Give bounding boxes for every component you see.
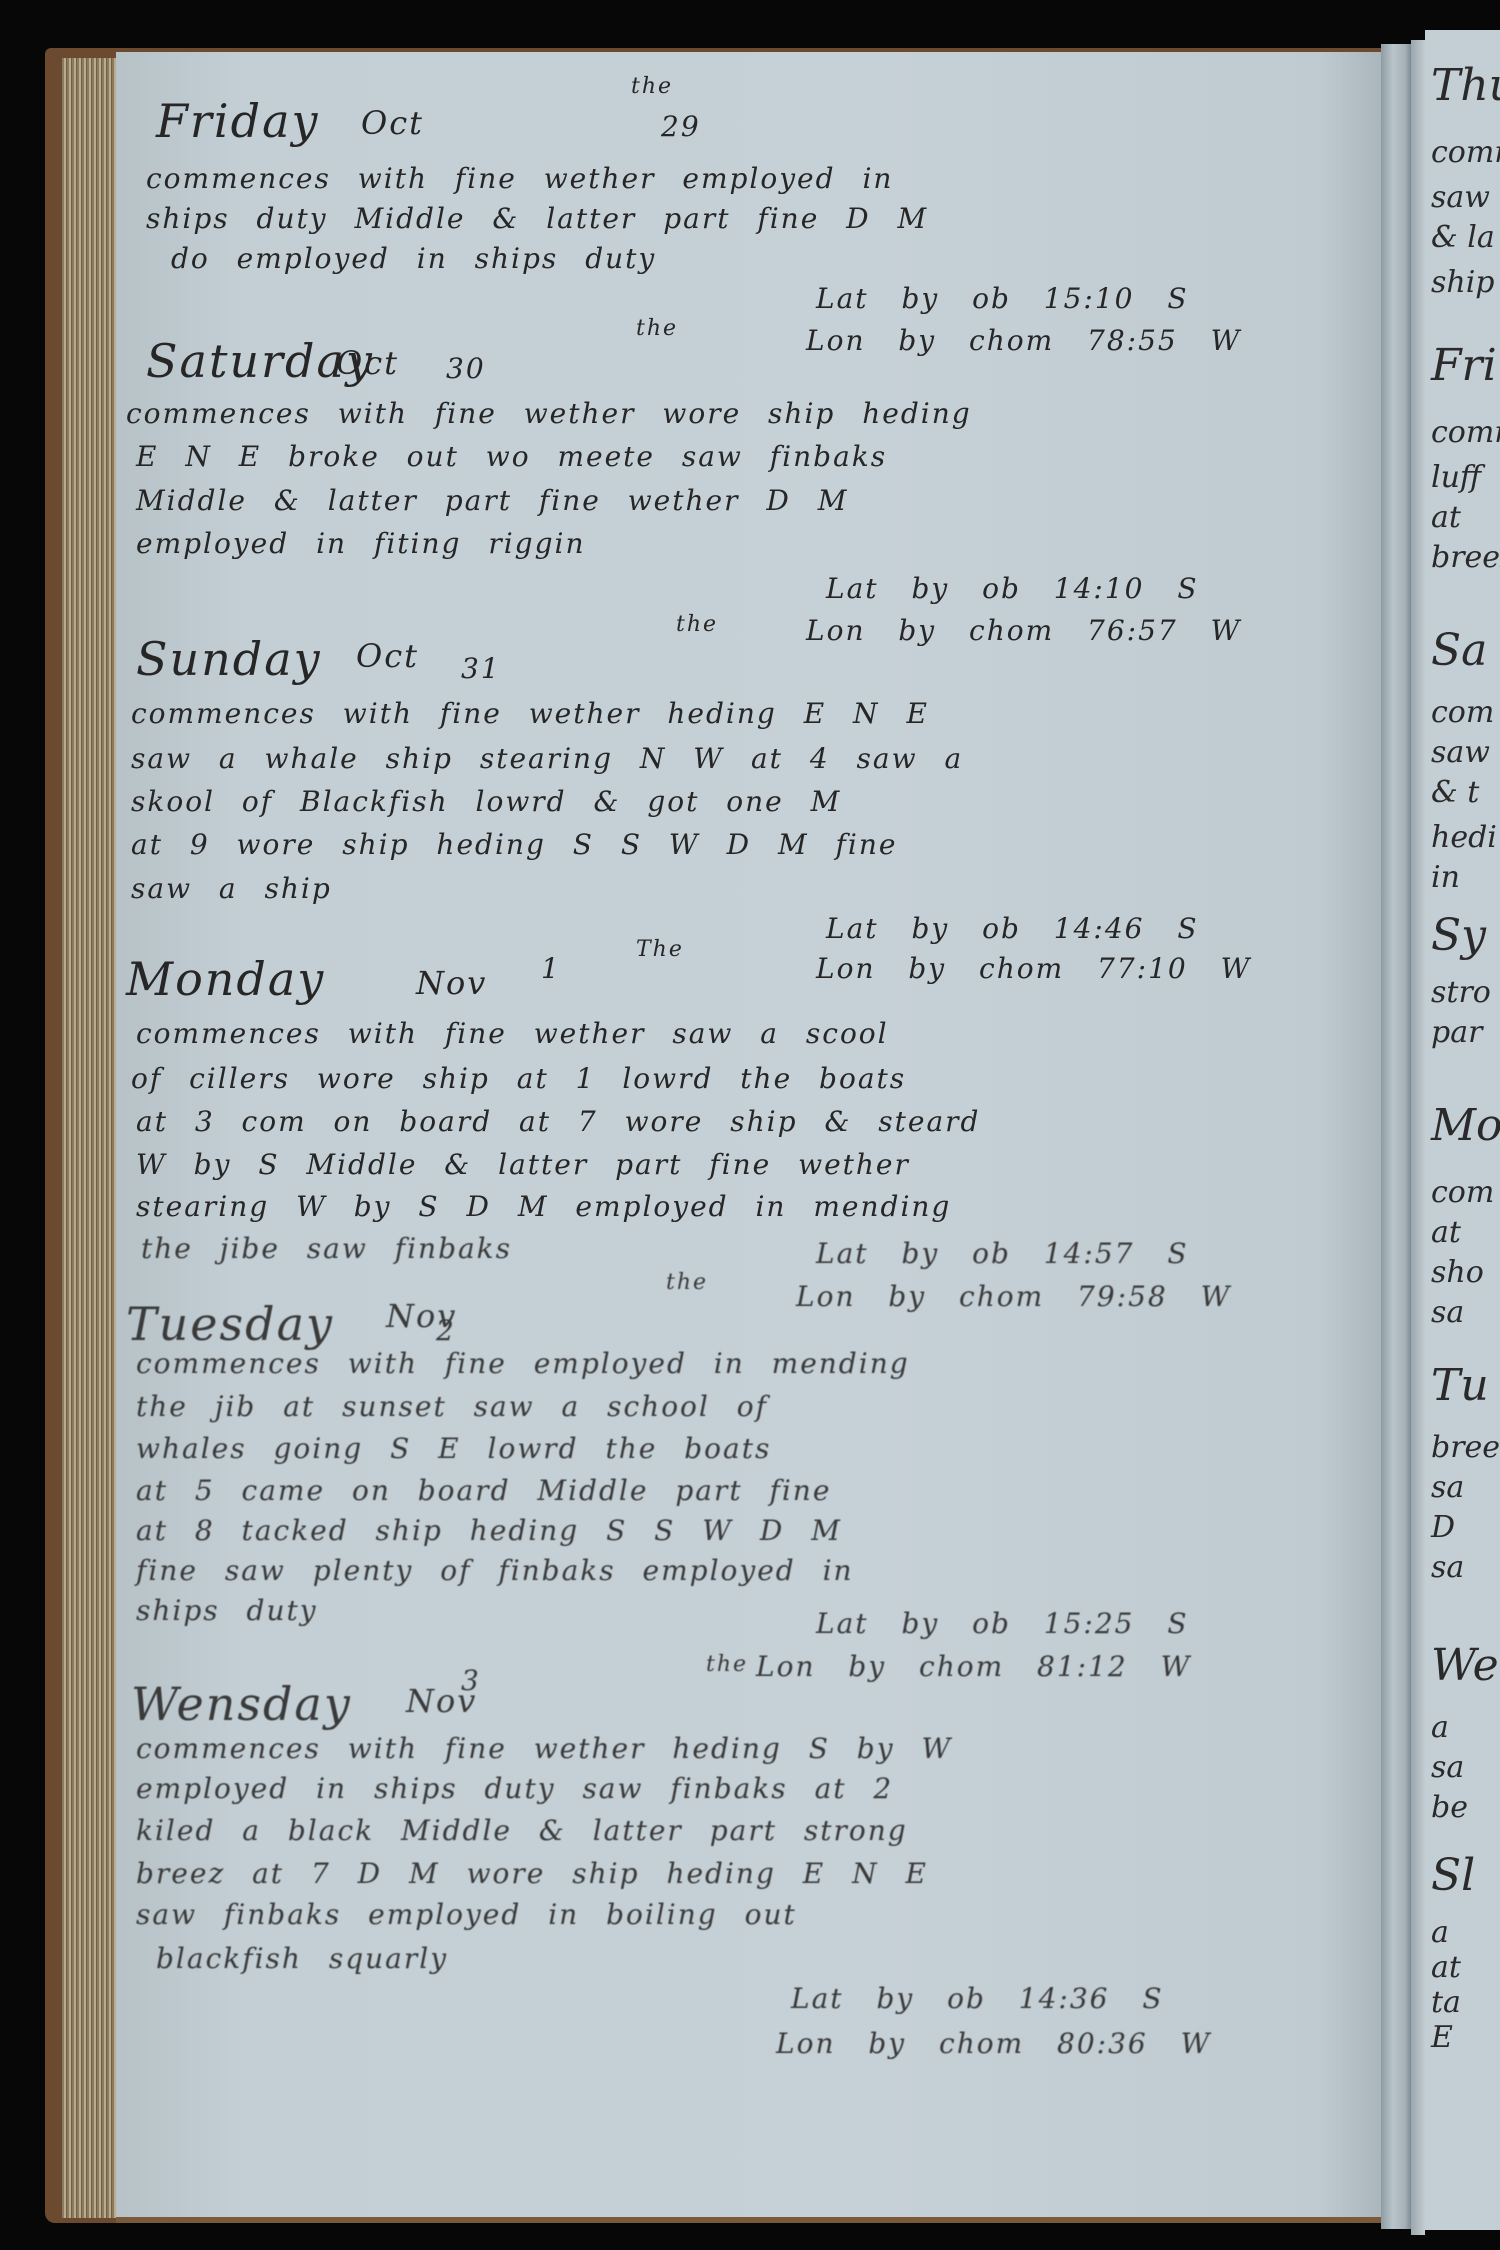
entry-line: the jib at sunset saw a school of <box>136 1390 768 1423</box>
fragment-line: & la <box>1431 220 1495 255</box>
entry-line: of cillers wore ship at 1 lowrd the boat… <box>131 1062 906 1095</box>
entry-date: 30 <box>446 352 486 385</box>
fragment-line: saw <box>1431 735 1490 770</box>
entry-the: the <box>666 1270 708 1295</box>
fragment-line: sa <box>1431 1295 1464 1330</box>
entry-line: kiled a black Middle & latter part stron… <box>136 1814 908 1847</box>
entry-longitude: Lon by chom 81:12 W <box>756 1650 1191 1683</box>
fragment-line: saw <box>1431 180 1490 215</box>
fragment-line: a <box>1431 1915 1449 1950</box>
fragment-line: E <box>1431 2020 1453 2055</box>
entry-date: 3 <box>461 1664 481 1697</box>
entry-day: Tuesday <box>126 1297 334 1351</box>
entry-the: the <box>636 316 678 341</box>
entry-line: do employed in ships duty <box>171 242 656 275</box>
entry-month: Oct <box>336 344 399 382</box>
fragment-line: at <box>1431 500 1461 535</box>
entry-longitude: Lon by chom 80:36 W <box>776 2027 1211 2060</box>
entry-month: Nov <box>416 964 487 1002</box>
fragment-line: stro <box>1431 975 1491 1010</box>
fragment-line: comm <box>1431 415 1500 450</box>
entry-line: skool of Blackfish lowrd & got one M <box>131 785 841 818</box>
fragment-day: Tu <box>1431 1360 1489 1411</box>
entry-day: Monday <box>126 952 325 1006</box>
entry-the: the <box>676 612 718 637</box>
fragment-line: be <box>1431 1790 1468 1825</box>
entry-longitude: Lon by chom 76:57 W <box>806 614 1241 647</box>
entry-day: Wensday <box>131 1677 352 1731</box>
entry-line: commences with fine wether wore ship hed… <box>126 397 972 430</box>
fragment-day: Fri <box>1431 340 1497 391</box>
entry-day: Sunday <box>136 632 322 686</box>
entry-line: W by S Middle & latter part fine wether <box>136 1148 910 1181</box>
entry-line: saw a whale ship stearing N W at 4 saw a <box>131 742 963 775</box>
entry-line: ships duty Middle & latter part fine D M <box>146 202 928 235</box>
entry-line: saw finbaks employed in boiling out <box>136 1898 797 1931</box>
entry-line: saw a ship <box>131 872 332 905</box>
fragment-day: Sy <box>1431 910 1486 961</box>
entry-line: commences with fine wether saw a scool <box>136 1017 889 1050</box>
fragment-day: Mo <box>1431 1100 1500 1151</box>
fragment-day: Sa <box>1431 625 1487 676</box>
page-edges <box>62 58 118 2218</box>
entry-line: blackfish squarly <box>156 1942 448 1975</box>
entry-latitude: Lat by ob 14:10 S <box>826 572 1199 605</box>
entry-line: commences with fine employed in mending <box>136 1347 910 1380</box>
entry-month: Oct <box>356 637 419 675</box>
entry-latitude: Lat by ob 14:46 S <box>826 912 1199 945</box>
log-page: Friday Oct the 29 commences with fine we… <box>116 52 1381 2223</box>
entry-line: whales going S E lowrd the boats <box>136 1432 771 1465</box>
entry-line: Middle & latter part fine wether D M <box>136 484 848 517</box>
entry-latitude: Lat by ob 14:36 S <box>791 1982 1164 2015</box>
entry-line: ships duty <box>136 1594 318 1627</box>
entry-the: The <box>636 937 684 962</box>
book-gutter <box>1381 44 1411 2229</box>
entry-latitude: Lat by ob 15:25 S <box>816 1607 1189 1640</box>
fragment-line: sa <box>1431 1550 1464 1585</box>
entry-month: Oct <box>361 104 424 142</box>
entry-line: employed in fiting riggin <box>136 527 586 560</box>
entry-longitude: Lon by chom 78:55 W <box>806 324 1241 357</box>
fragment-line: bree <box>1431 1430 1500 1465</box>
fragment-line: at <box>1431 1950 1461 1985</box>
fragment-line: comm <box>1431 135 1500 170</box>
entry-line: commences with fine wether heding S by W <box>136 1732 952 1765</box>
fragment-line: luff <box>1431 460 1481 495</box>
fragment-line: sa <box>1431 1750 1464 1785</box>
entry-day: Friday <box>156 94 319 148</box>
entry-line: employed in ships duty saw finbaks at 2 <box>136 1772 893 1805</box>
fragment-line: sa <box>1431 1470 1464 1505</box>
entry-latitude: Lat by ob 15:10 S <box>816 282 1189 315</box>
entry-line: at 3 com on board at 7 wore ship & stear… <box>136 1105 980 1138</box>
entry-line: E N E broke out wo meete saw finbaks <box>136 440 887 473</box>
fragment-line: ta <box>1431 1985 1461 2020</box>
entry-the: the <box>706 1652 748 1677</box>
entry-date: 2 <box>436 1314 456 1347</box>
fragment-line: ship <box>1431 265 1495 300</box>
fragment-day: Sl <box>1431 1850 1475 1901</box>
entry-line: at 5 came on board Middle part fine <box>136 1474 831 1507</box>
book-gutter-fold <box>1411 40 1425 2235</box>
fragment-line: par <box>1431 1015 1482 1050</box>
entry-the: the <box>631 74 673 99</box>
entry-line: breez at 7 D M wore ship heding E N E <box>136 1857 928 1890</box>
fragment-line: in <box>1431 860 1460 895</box>
fragment-line: & t <box>1431 775 1479 810</box>
fragment-line: hedi <box>1431 820 1497 855</box>
entry-line: commences with fine wether heding E N E <box>131 697 929 730</box>
fragment-line: D <box>1431 1510 1455 1545</box>
entry-line: at 8 tacked ship heding S S W D M <box>136 1514 842 1547</box>
fragment-line: breez <box>1431 540 1500 575</box>
entry-longitude: Lon by chom 77:10 W <box>816 952 1251 985</box>
fragment-day: We <box>1431 1640 1499 1691</box>
entry-date: 1 <box>541 952 561 985</box>
next-page-sliver: Thur comm saw & la ship Fri comm luff at… <box>1425 30 1500 2230</box>
entry-latitude: Lat by ob 14:57 S <box>816 1237 1189 1270</box>
entry-line: the jibe saw finbaks <box>141 1232 512 1265</box>
entry-line: commences with fine wether employed in <box>146 162 893 195</box>
fragment-line: at <box>1431 1215 1461 1250</box>
entry-line: fine saw plenty of finbaks employed in <box>136 1554 854 1587</box>
entry-line: at 9 wore ship heding S S W D M fine <box>131 828 897 861</box>
fragment-line: com <box>1431 695 1494 730</box>
entry-date: 29 <box>661 110 701 143</box>
entry-line: stearing W by S D M employed in mending <box>136 1190 951 1223</box>
entry-date: 31 <box>461 652 501 685</box>
fragment-line: sho <box>1431 1255 1484 1290</box>
entry-longitude: Lon by chom 79:58 W <box>796 1280 1231 1313</box>
fragment-day: Thur <box>1431 60 1500 111</box>
fragment-line: a <box>1431 1710 1449 1745</box>
fragment-line: com <box>1431 1175 1494 1210</box>
